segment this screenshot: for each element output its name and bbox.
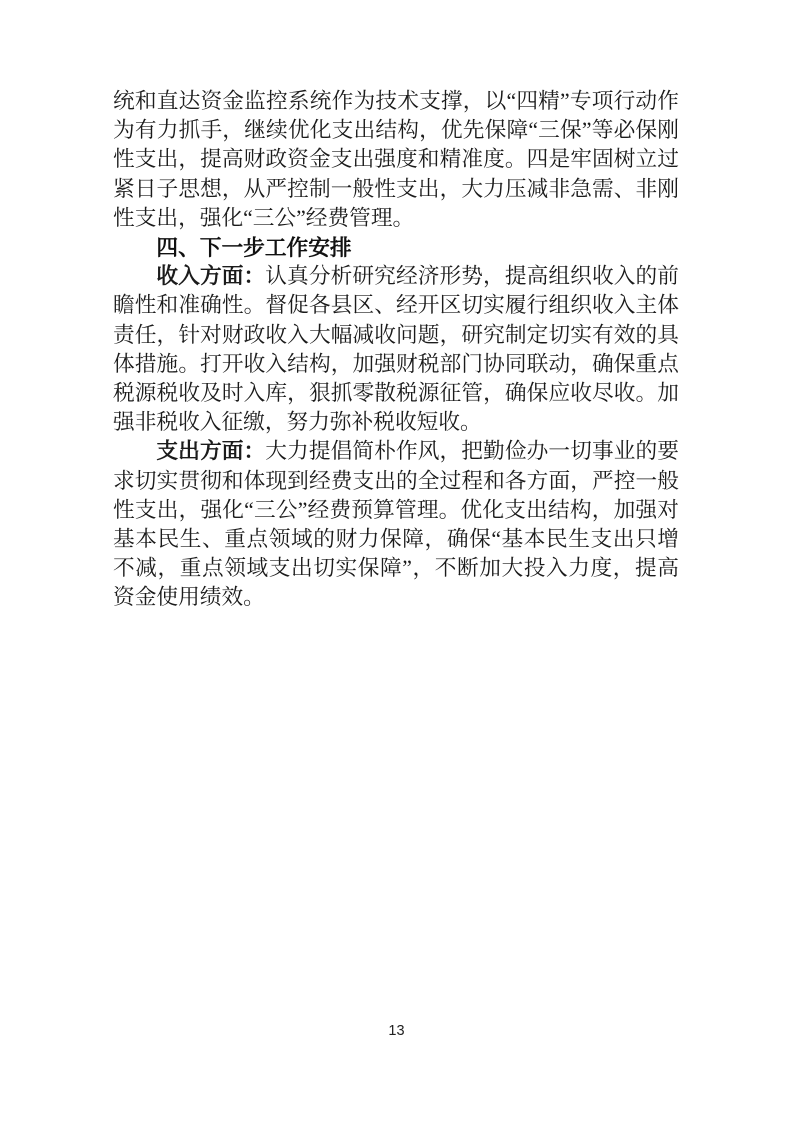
paragraph-continuation: 统和直达资金监控系统作为技术支撑，以“四精”专项行动作为有力抓手，继续优化支出结… <box>113 87 679 233</box>
document-page: 统和直达资金监控系统作为技术支撑，以“四精”专项行动作为有力抓手，继续优化支出结… <box>0 0 793 1122</box>
page-number: 13 <box>0 1023 793 1039</box>
expenditure-lead-label: 支出方面： <box>156 439 265 463</box>
paragraph-income: 收入方面：认真分析研究经济形势，提高组织收入的前瞻性和准确性。督促各县区、经开区… <box>113 262 679 437</box>
income-lead-label: 收入方面： <box>156 264 265 288</box>
expenditure-body-text: 大力提倡简朴作风，把勤俭办一切事业的要求切实贯彻和体现到经费支出的全过程和各方面… <box>113 439 679 609</box>
income-body-text: 认真分析研究经济形势，提高组织收入的前瞻性和准确性。督促各县区、经开区切实履行组… <box>113 264 679 434</box>
section-heading-next-steps: 四、下一步工作安排 <box>113 233 679 262</box>
document-body: 统和直达资金监控系统作为技术支撑，以“四精”专项行动作为有力抓手，继续优化支出结… <box>113 87 679 613</box>
paragraph-expenditure: 支出方面：大力提倡简朴作风，把勤俭办一切事业的要求切实贯彻和体现到经费支出的全过… <box>113 437 679 612</box>
